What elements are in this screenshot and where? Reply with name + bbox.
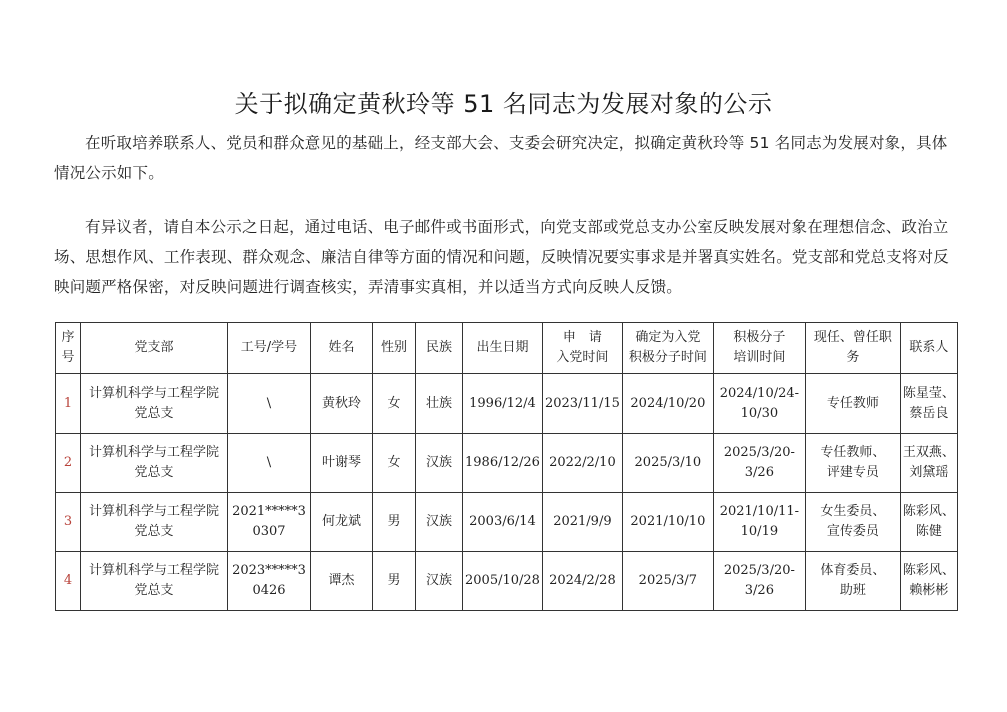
header-activist-date: 确定为入党 积极分子时间 xyxy=(622,323,713,374)
cell-name: 黄秋玲 xyxy=(311,374,373,434)
cell-contacts: 陈星莹、 蔡岳良 xyxy=(900,374,957,434)
cell-name: 叶谢琴 xyxy=(311,434,373,493)
cell-training-period: 2025/3/20- 3/26 xyxy=(713,434,805,493)
objection-paragraph: 有异议者，请自本公示之日起，通过电话、电子邮件或书面形式，向党支部或党总支办公室… xyxy=(54,212,954,302)
cell-ethnicity: 汉族 xyxy=(416,493,463,552)
cell-branch: 计算机科学与工程学院 党总支 xyxy=(81,374,228,434)
document-title: 关于拟确定黄秋玲等 51 名同志为发展对象的公示 xyxy=(0,84,1007,119)
header-name: 姓名 xyxy=(311,323,373,374)
candidates-table: 序 号 党支部 工号/学号 姓名 性别 民族 出生日期 申 请 入党时间 确定为… xyxy=(55,322,958,611)
cell-id: 2023*****3 0426 xyxy=(228,552,311,611)
cell-birth-date: 2005/10/28 xyxy=(463,552,543,611)
cell-application-date: 2024/2/28 xyxy=(542,552,622,611)
cell-positions: 体育委员、 助班 xyxy=(805,552,900,611)
cell-branch: 计算机科学与工程学院 党总支 xyxy=(81,434,228,493)
cell-name: 何龙斌 xyxy=(311,493,373,552)
cell-index: 2 xyxy=(56,434,81,493)
cell-contacts: 陈彩风、 陈健 xyxy=(900,493,957,552)
cell-application-date: 2023/11/15 xyxy=(542,374,622,434)
cell-branch: 计算机科学与工程学院 党总支 xyxy=(81,493,228,552)
cell-contacts: 王双燕、 刘黛瑶 xyxy=(900,434,957,493)
header-contacts: 联系人 xyxy=(900,323,957,374)
cell-training-period: 2025/3/20- 3/26 xyxy=(713,552,805,611)
cell-id: 2021*****3 0307 xyxy=(228,493,311,552)
cell-positions: 女生委员、 宣传委员 xyxy=(805,493,900,552)
table-row: 1 计算机科学与工程学院 党总支 \ 黄秋玲 女 壮族 1996/12/4 20… xyxy=(56,374,958,434)
cell-application-date: 2021/9/9 xyxy=(542,493,622,552)
cell-id: \ xyxy=(228,434,311,493)
header-training-period: 积极分子 培训时间 xyxy=(713,323,805,374)
cell-ethnicity: 壮族 xyxy=(416,374,463,434)
cell-activist-date: 2025/3/7 xyxy=(622,552,713,611)
table-row: 4 计算机科学与工程学院 党总支 2023*****3 0426 谭杰 男 汉族… xyxy=(56,552,958,611)
cell-id: \ xyxy=(228,374,311,434)
header-index: 序 号 xyxy=(56,323,81,374)
cell-birth-date: 1986/12/26 xyxy=(463,434,543,493)
cell-gender: 男 xyxy=(373,552,416,611)
cell-index: 1 xyxy=(56,374,81,434)
cell-birth-date: 2003/6/14 xyxy=(463,493,543,552)
cell-ethnicity: 汉族 xyxy=(416,552,463,611)
header-id: 工号/学号 xyxy=(228,323,311,374)
cell-positions: 专任教师 xyxy=(805,374,900,434)
cell-contacts: 陈彩风、 赖彬彬 xyxy=(900,552,957,611)
header-ethnicity: 民族 xyxy=(416,323,463,374)
table-row: 3 计算机科学与工程学院 党总支 2021*****3 0307 何龙斌 男 汉… xyxy=(56,493,958,552)
cell-ethnicity: 汉族 xyxy=(416,434,463,493)
cell-activist-date: 2024/10/20 xyxy=(622,374,713,434)
table-header-row: 序 号 党支部 工号/学号 姓名 性别 民族 出生日期 申 请 入党时间 确定为… xyxy=(56,323,958,374)
intro-paragraph: 在听取培养联系人、党员和群众意见的基础上，经支部大会、支委会研究决定，拟确定黄秋… xyxy=(54,128,954,188)
cell-activist-date: 2025/3/10 xyxy=(622,434,713,493)
header-gender: 性别 xyxy=(373,323,416,374)
cell-gender: 男 xyxy=(373,493,416,552)
cell-birth-date: 1996/12/4 xyxy=(463,374,543,434)
cell-activist-date: 2021/10/10 xyxy=(622,493,713,552)
header-branch: 党支部 xyxy=(81,323,228,374)
cell-gender: 女 xyxy=(373,434,416,493)
header-application-date: 申 请 入党时间 xyxy=(542,323,622,374)
cell-positions: 专任教师、 评建专员 xyxy=(805,434,900,493)
cell-name: 谭杰 xyxy=(311,552,373,611)
cell-index: 4 xyxy=(56,552,81,611)
cell-training-period: 2021/10/11- 10/19 xyxy=(713,493,805,552)
table-row: 2 计算机科学与工程学院 党总支 \ 叶谢琴 女 汉族 1986/12/26 2… xyxy=(56,434,958,493)
cell-training-period: 2024/10/24- 10/30 xyxy=(713,374,805,434)
cell-gender: 女 xyxy=(373,374,416,434)
cell-index: 3 xyxy=(56,493,81,552)
cell-branch: 计算机科学与工程学院 党总支 xyxy=(81,552,228,611)
header-birth-date: 出生日期 xyxy=(463,323,543,374)
header-positions: 现任、曾任职务 xyxy=(805,323,900,374)
cell-application-date: 2022/2/10 xyxy=(542,434,622,493)
